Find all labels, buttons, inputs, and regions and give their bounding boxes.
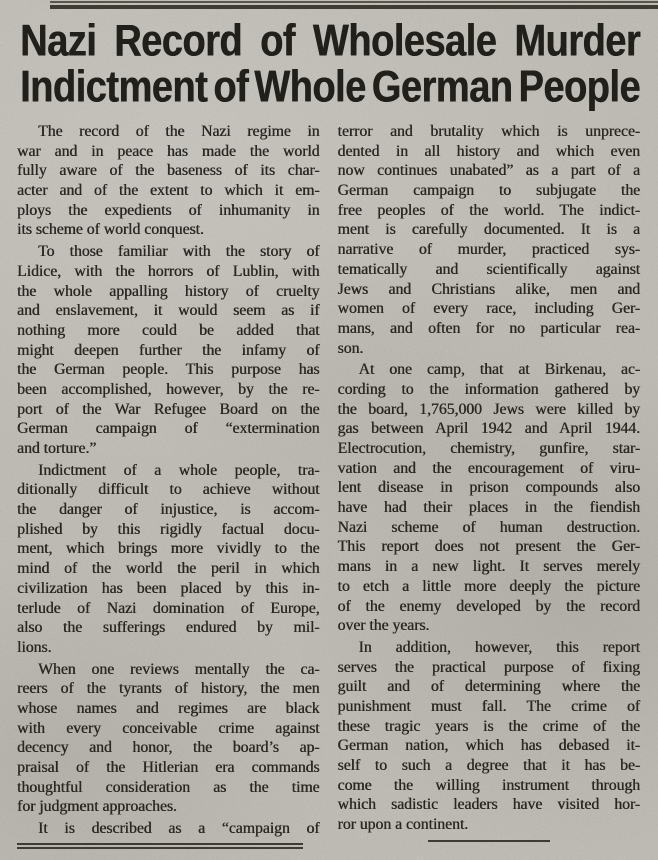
article-line: civilization has been placed by this in- bbox=[17, 579, 320, 599]
article-line: decency and honor, the board’s ap- bbox=[17, 738, 320, 758]
article-line: ror upon a continent. bbox=[338, 815, 641, 835]
article-line: and torture.” bbox=[17, 439, 320, 459]
headline: NaziRecordofWholesaleMurder Indictmentof… bbox=[20, 16, 640, 108]
article-line: its scheme of world conquest. bbox=[17, 220, 320, 240]
article-line: self to such a degree that it has be- bbox=[338, 756, 641, 776]
article-line: mind of the world the peril in which bbox=[17, 559, 320, 579]
paragraph: In addition, however, this reportserves … bbox=[338, 638, 641, 835]
article-line: German nation, which has debased it- bbox=[338, 736, 641, 756]
article-line: dented in all history and which even bbox=[338, 142, 641, 162]
article-line: come the willing instrument through bbox=[338, 776, 641, 796]
article-line: punishment must fall. The crime of bbox=[338, 697, 641, 717]
article-line: serves the practical purpose of fixing bbox=[338, 658, 641, 678]
article-line: When one reviews mentally the ca- bbox=[17, 660, 320, 680]
article-line: nothing more could be added that bbox=[17, 321, 320, 341]
article-body: The record of the Nazi regime inwar and … bbox=[17, 122, 640, 849]
article-line: port of the War Refugee Board on the bbox=[17, 400, 320, 420]
article-line: been accomplished, however, by the re- bbox=[17, 380, 320, 400]
article-line: guilt and of determining where the bbox=[338, 677, 641, 697]
article-line: tematically and scientifically against bbox=[338, 260, 641, 280]
article-line: Indictment of a whole people, tra- bbox=[17, 461, 320, 481]
article-line: At one camp, that at Birkenau, ac- bbox=[338, 360, 641, 380]
article-line: ploys the expedients of inhumanity in bbox=[17, 201, 320, 221]
article-line: Lidice, with the horrors of Lublin, with bbox=[17, 262, 320, 282]
article-line: German campaign of “extermination bbox=[17, 419, 320, 439]
article-line: praisal of the Hitlerian era commands bbox=[17, 758, 320, 778]
article-line: cording to the information gathered by bbox=[338, 380, 641, 400]
paragraph: It is described as a “campaign of bbox=[17, 819, 320, 839]
article-line: of the enemy developed by the record bbox=[338, 597, 641, 617]
headline-word: People bbox=[518, 62, 640, 115]
article-line: these tragic years is the crime of the bbox=[338, 717, 641, 737]
article-line: German campaign to subjugate the bbox=[338, 181, 641, 201]
article-line: women of every race, including Ger- bbox=[338, 299, 641, 319]
article-line: to etch a little more deeply the picture bbox=[338, 577, 641, 597]
article-line: acter and of the extent to which it em- bbox=[17, 181, 320, 201]
headline-word: German bbox=[372, 62, 513, 115]
headline-line-2: IndictmentofWholeGermanPeople bbox=[20, 62, 640, 115]
article-line: the whole appalling history of cruelty bbox=[17, 282, 320, 302]
paragraph: terror and brutality which is unprece-de… bbox=[338, 122, 641, 358]
article-line: which sadistic leaders have visited hor- bbox=[338, 795, 641, 815]
article-line: son. bbox=[338, 339, 641, 359]
article-line: ditionally difficult to achieve without bbox=[17, 480, 320, 500]
column-paragraphs: The record of the Nazi regime inwar and … bbox=[17, 122, 320, 839]
masthead-rule bbox=[50, 1, 658, 9]
article-line: vation and the encouragement of viru- bbox=[338, 459, 641, 479]
article-line: ment is carefully documented. It is a bbox=[338, 220, 641, 240]
article-line: lions. bbox=[17, 638, 320, 658]
article-line: might deepen further the infamy of bbox=[17, 341, 320, 361]
article-line: the German people. This purpose has bbox=[17, 360, 320, 380]
article-line: the danger of injustice, is accom- bbox=[17, 500, 320, 520]
article-line: for judgment approaches. bbox=[17, 797, 320, 817]
article-line: war and in peace has made the world bbox=[17, 142, 320, 162]
article-line: Nazi scheme of human destruction. bbox=[338, 518, 641, 538]
article-line: and enslavement, it would seem as if bbox=[17, 301, 320, 321]
article-line: ment, which brings more vividly to the bbox=[17, 539, 320, 559]
article-line: It is described as a “campaign of bbox=[17, 819, 320, 839]
article-line: have had their places in the fiendish bbox=[338, 498, 641, 518]
article-line: free peoples of the world. The indict- bbox=[338, 201, 641, 221]
article-line: fully aware of the baseness of its char- bbox=[17, 161, 320, 181]
article-line: narrative of murder, practiced sys- bbox=[338, 240, 641, 260]
paragraph: Indictment of a whole people, tra-dition… bbox=[17, 461, 320, 658]
article-line: To those familiar with the story of bbox=[17, 242, 320, 262]
headline-word: Indictment bbox=[20, 62, 207, 115]
article-line: the board, 1,765,000 Jews were killed by bbox=[338, 400, 641, 420]
article-line: with every conceivable crime against bbox=[17, 719, 320, 739]
article-line: plished by this rigidly factual docu- bbox=[17, 520, 320, 540]
column-paragraphs: terror and brutality which is unprece-de… bbox=[338, 122, 641, 835]
article-line: Electrocution, chemistry, gunfire, star- bbox=[338, 439, 641, 459]
article-column-left: The record of the Nazi regime inwar and … bbox=[17, 122, 320, 849]
paragraph: The record of the Nazi regime inwar and … bbox=[17, 122, 320, 240]
article-line: gas between April 1942 and April 1944. bbox=[338, 419, 641, 439]
article-line: lent disease in prison compounds also bbox=[338, 478, 641, 498]
article-end-rule bbox=[428, 840, 550, 842]
headline-word: Whole bbox=[254, 62, 365, 115]
paragraph: To those familiar with the story ofLidic… bbox=[17, 242, 320, 459]
article-line: Jews and Christians alike, men and bbox=[338, 280, 641, 300]
article-line: In addition, however, this report bbox=[338, 638, 641, 658]
article-line: mans in a new light. It serves merely bbox=[338, 557, 641, 577]
article-line: mans, and often for no particular rea- bbox=[338, 319, 641, 339]
article-line: reers of the tyrants of history, the men bbox=[17, 679, 320, 699]
newspaper-clipping: NaziRecordofWholesaleMurder Indictmentof… bbox=[0, 0, 658, 860]
paragraph: When one reviews mentally the ca-reers o… bbox=[17, 660, 320, 818]
paragraph: At one camp, that at Birkenau, ac-cordin… bbox=[338, 360, 641, 636]
article-line: over the years. bbox=[338, 616, 641, 636]
column-end-double-rule bbox=[17, 843, 303, 849]
article-line: thoughtful consideration as the time bbox=[17, 778, 320, 798]
article-line: This report does not present the Ger- bbox=[338, 537, 641, 557]
article-line: terlude of Nazi domination of Europe, bbox=[17, 599, 320, 619]
article-column-right: terror and brutality which is unprece-de… bbox=[338, 122, 641, 849]
article-line: The record of the Nazi regime in bbox=[17, 122, 320, 142]
article-line: whose names and regimes are black bbox=[17, 699, 320, 719]
article-line: now continues unabated” as a part of a bbox=[338, 161, 641, 181]
headline-word: of bbox=[213, 62, 248, 115]
article-line: also the sufferings endured by mil- bbox=[17, 618, 320, 638]
article-line: terror and brutality which is unprece- bbox=[338, 122, 641, 142]
